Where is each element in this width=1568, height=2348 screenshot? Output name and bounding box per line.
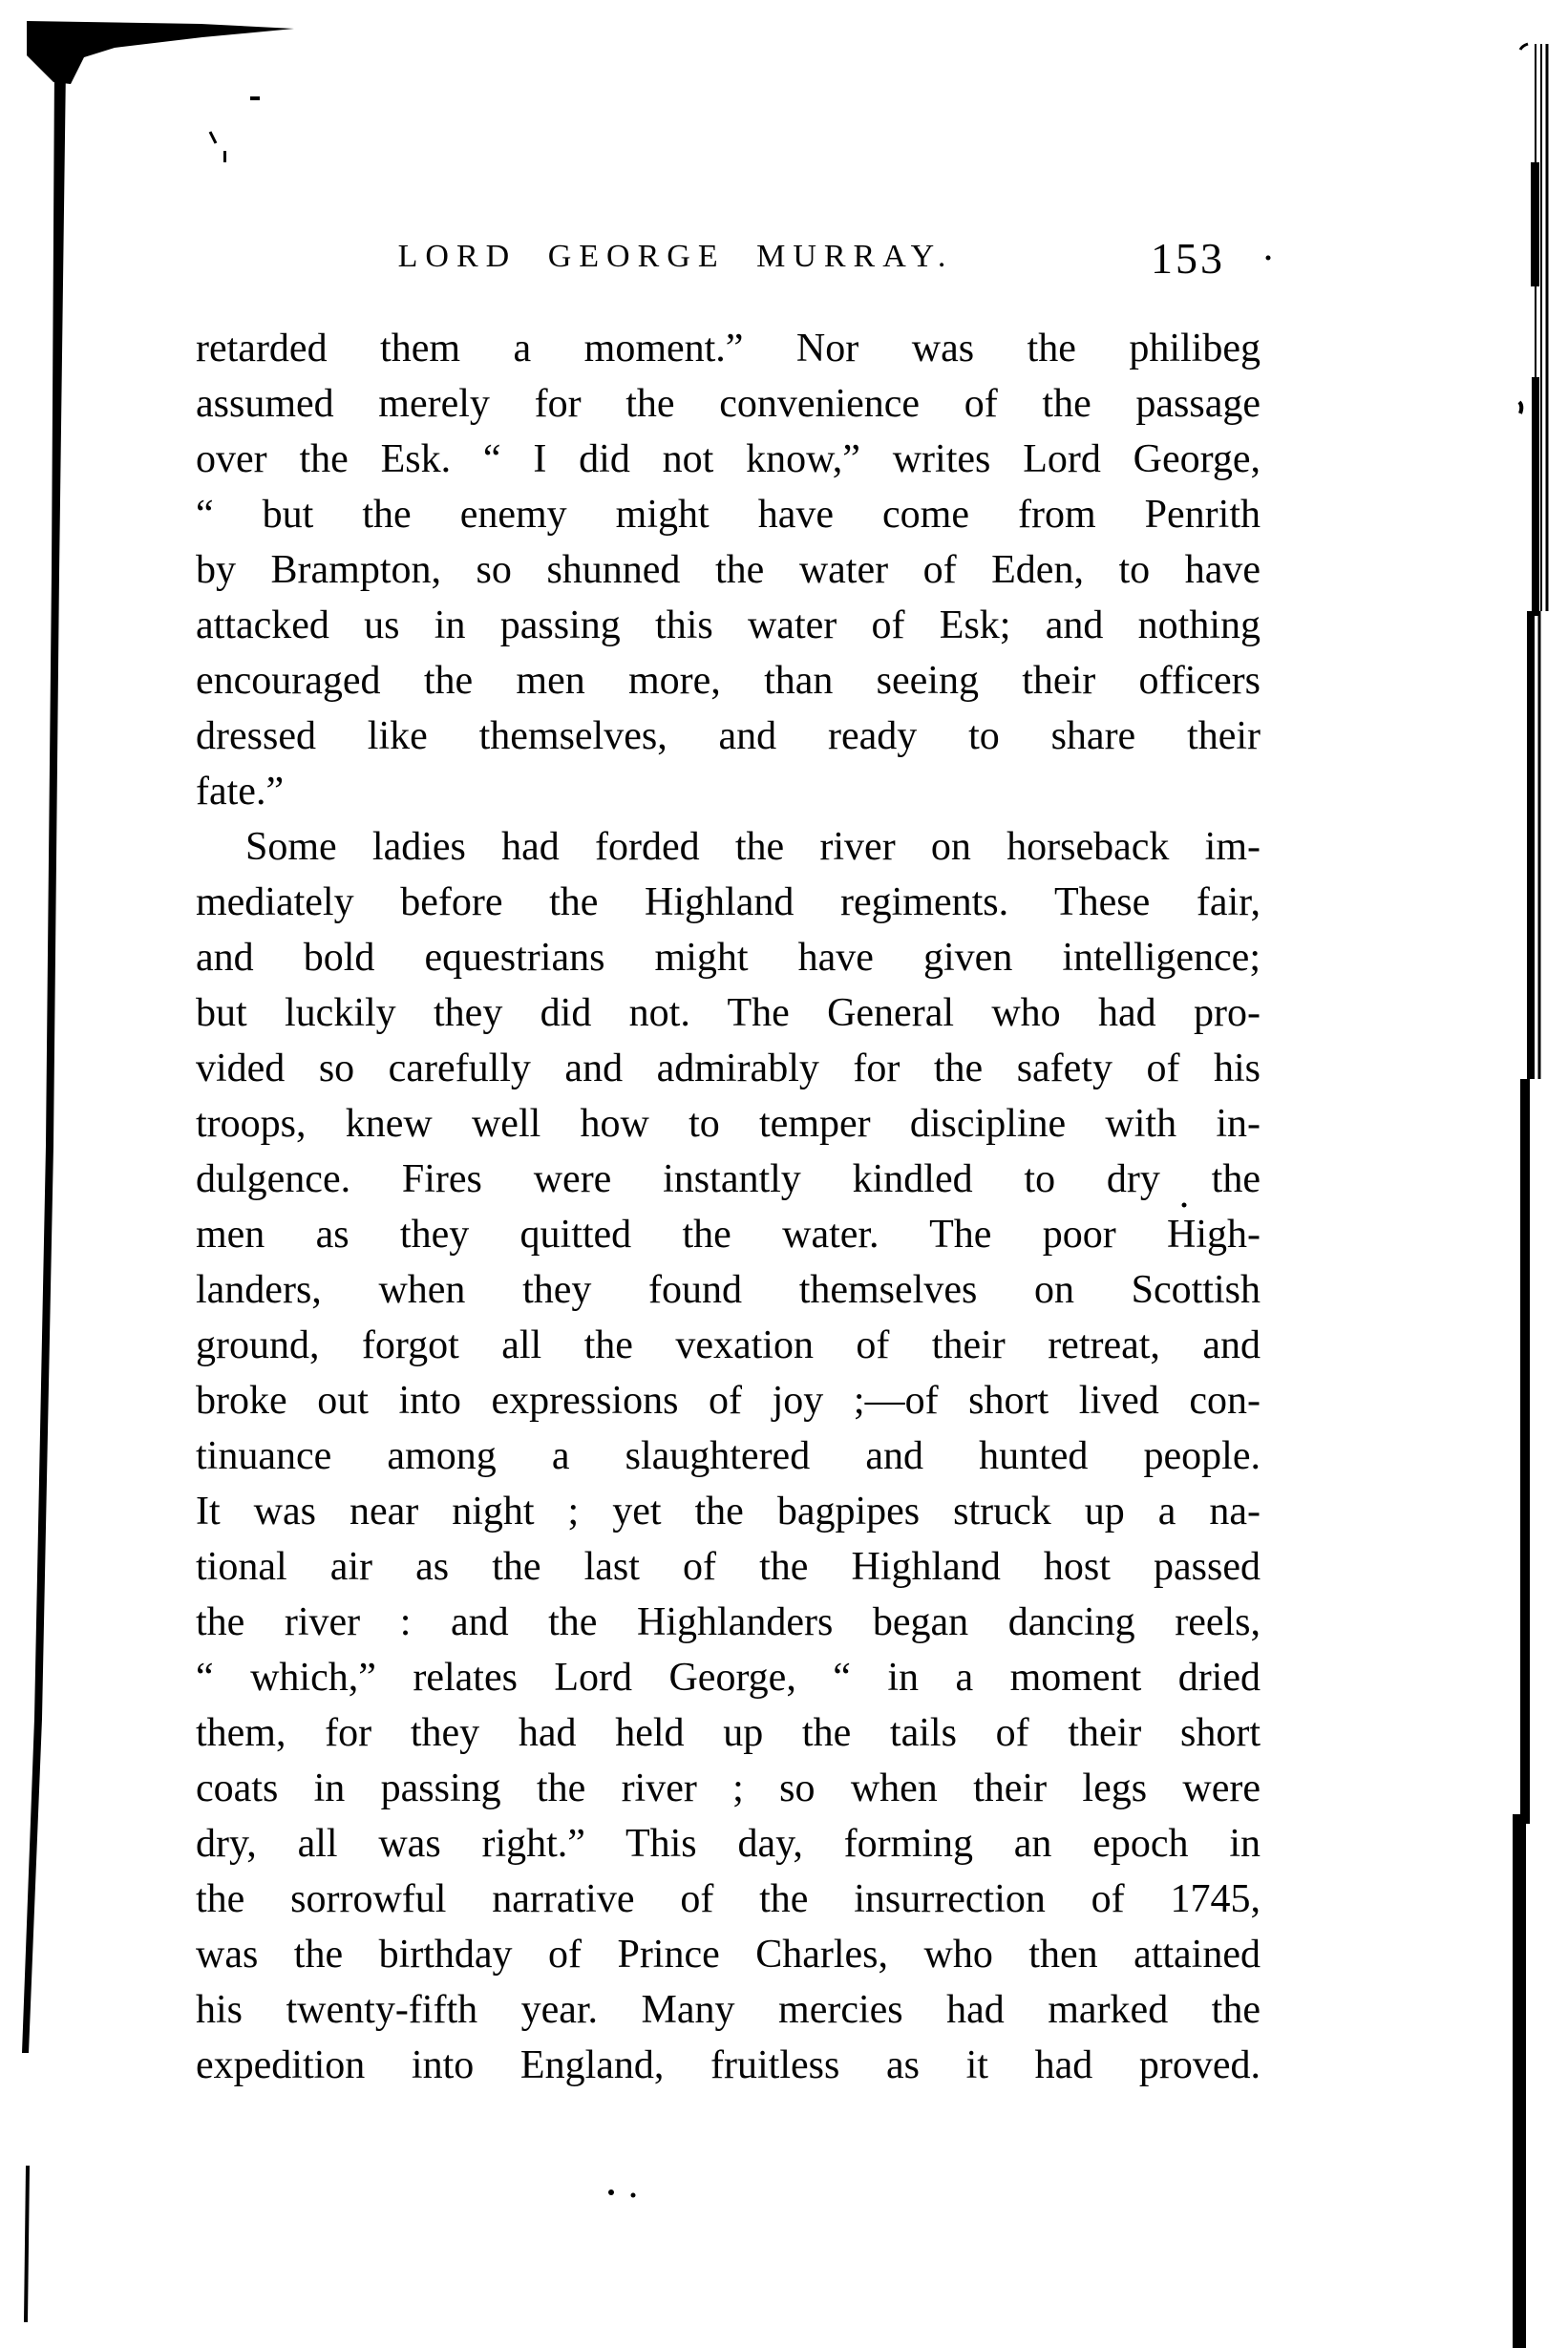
- text-line: broke out into expressions of joy ;—of s…: [196, 1373, 1261, 1428]
- text-line: expedition into England, fruitless as it…: [196, 2038, 1261, 2093]
- book-page: LORD GEORGE MURRAY. 153 retarded them a …: [0, 0, 1568, 2348]
- left-edge-line-artifact: [22, 65, 66, 2053]
- text-line: men as they quitted the water. The poor …: [196, 1207, 1261, 1262]
- text-line: vided so carefully and admirably for the…: [196, 1041, 1261, 1096]
- text-line: encouraged the men more, than seeing the…: [196, 653, 1261, 709]
- text-line: “ but the enemy might have come from Pen…: [196, 487, 1261, 542]
- text-line: “ which,” relates Lord George, “ in a mo…: [196, 1650, 1261, 1705]
- text-line: but luckily they did not. The General wh…: [196, 985, 1261, 1041]
- text-line: and bold equestrians might have given in…: [196, 930, 1261, 985]
- text-line: ground, forgot all the vexation of their…: [196, 1318, 1261, 1373]
- text-line: fate.”: [196, 764, 1261, 819]
- text-line: dry, all was right.” This day, forming a…: [196, 1816, 1261, 1872]
- text-line: retarded them a moment.” Nor was the phi…: [196, 321, 1261, 376]
- page-number: 153: [1151, 233, 1256, 284]
- text-line: the river : and the Highlanders began da…: [196, 1595, 1261, 1650]
- text-block: retarded them a moment.” Nor was the phi…: [196, 321, 1261, 2093]
- text-line: coats in passing the river ; so when the…: [196, 1761, 1261, 1816]
- text-line: assumed merely for the convenience of th…: [196, 376, 1261, 432]
- text-line: landers, when they found themselves on S…: [196, 1262, 1261, 1318]
- text-line: tinuance among a slaughtered and hunted …: [196, 1428, 1261, 1484]
- text-line: tional air as the last of the Highland h…: [196, 1539, 1261, 1595]
- text-line: troops, knew well how to temper discipli…: [196, 1096, 1261, 1152]
- text-line: dressed like themselves, and ready to sh…: [196, 709, 1261, 764]
- text-line: It was near night ; yet the bagpipes str…: [196, 1484, 1261, 1539]
- running-header-title: LORD GEORGE MURRAY.: [196, 239, 1155, 275]
- text-line: mediately before the Highland regiments.…: [196, 875, 1261, 930]
- left-edge-line-lower-artifact: [24, 2166, 30, 2322]
- text-line: them, for they had held up the tails of …: [196, 1705, 1261, 1761]
- text-line: his twenty-fifth year. Many mercies had …: [196, 1982, 1261, 2038]
- binding-wedge-artifact: [27, 21, 294, 84]
- text-line: Some ladies had forded the river on hors…: [196, 819, 1261, 875]
- text-line: by Brampton, so shunned the water of Ede…: [196, 542, 1261, 598]
- text-line: over the Esk. “ I did not know,” writes …: [196, 432, 1261, 487]
- text-line: dulgence. Fires were instantly kindled t…: [196, 1152, 1261, 1207]
- text-line: was the birthday of Prince Charles, who …: [196, 1927, 1261, 1982]
- text-line: attacked us in passing this water of Esk…: [196, 598, 1261, 653]
- text-line: the sorrowful narrative of the insurrect…: [196, 1872, 1261, 1927]
